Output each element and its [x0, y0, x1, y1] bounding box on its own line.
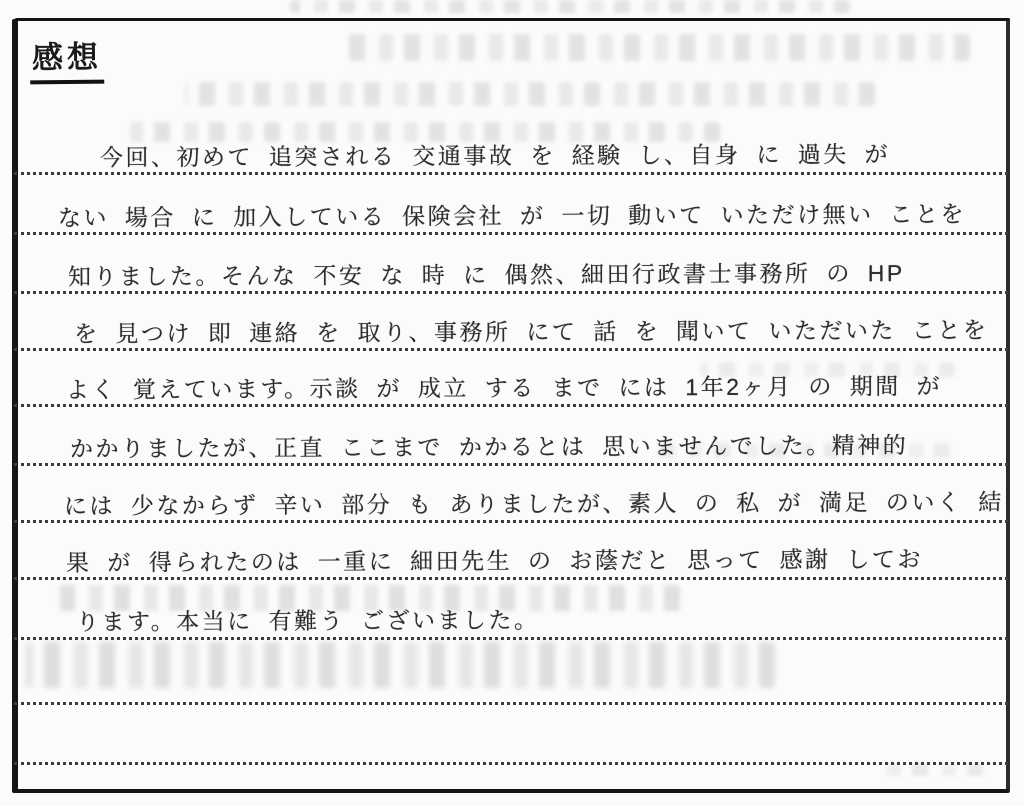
- handwritten-text: ない 場合 に 加入している 保険会社 が 一切 動いて いただけ無い ことを: [14, 196, 966, 234]
- handwritten-text: かかりましたが、正直 ここまで かかるとは 思いませんでした。精神的: [14, 427, 908, 465]
- handwritten-text: を 見つけ 即 連絡 を 取り、事務所 にて 話 を 聞いて いただいた ことを: [14, 312, 988, 350]
- scanned-feedback-page: 感想 今回、初めて 追突される 交通事故 を 経験 し、自身 に 過失 が ない…: [0, 0, 1024, 806]
- handwritten-line: [14, 714, 1008, 765]
- page-title: 感想: [30, 32, 105, 85]
- handwritten-text: 知りました。そんな 不安 な 時 に 偶然、細田行政書士事務所 の HP: [14, 255, 905, 293]
- handwritten-line: には 少なからず 辛い 部分 も ありましたが、素人 の 私 が 満足 のいく …: [14, 472, 1008, 523]
- handwritten-line: よく 覚えています。示談 が 成立 する まで には 1年2ヶ月 の 期間 が: [14, 356, 1008, 407]
- scan-border-bottom: [13, 789, 1009, 793]
- handwritten-line: 今回、初めて 追突される 交通事故 を 経験 し、自身 に 過失 が: [14, 124, 1008, 175]
- bleed-through-ghost: [185, 82, 875, 106]
- handwritten-text: には 少なからず 辛い 部分 も ありましたが、素人 の 私 が 満足 のいく …: [14, 484, 1004, 522]
- scan-border-top: [15, 18, 1010, 21]
- handwritten-line: 知りました。そんな 不安 な 時 に 偶然、細田行政書士事務所 の HP: [14, 243, 1008, 294]
- handwritten-line: かかりましたが、正直 ここまで かかるとは 思いませんでした。精神的: [14, 415, 1008, 466]
- handwritten-line: を 見つけ 即 連絡 を 取り、事務所 にて 話 を 聞いて いただいた ことを: [14, 300, 1008, 351]
- handwritten-text: 今回、初めて 追突される 交通事故 を 経験 し、自身 に 過失 が: [14, 136, 890, 174]
- handwritten-line: ない 場合 に 加入している 保険会社 が 一切 動いて いただけ無い ことを: [14, 184, 1008, 235]
- handwritten-line: [14, 654, 1008, 705]
- bleed-through-ghost: [340, 34, 970, 61]
- bleed-through-ghost: [878, 764, 983, 776]
- handwritten-text: よく 覚えています。示談 が 成立 する まで には 1年2ヶ月 の 期間 が: [14, 368, 942, 406]
- bleed-through-ghost: [290, 0, 850, 13]
- handwritten-line: ります。本当に 有難う ございました。: [14, 589, 1008, 640]
- handwritten-text: ります。本当に 有難う ございました。: [14, 602, 540, 638]
- handwritten-text: 果 が 得られたのは 一重に 細田先生 の お蔭だと 思って 感謝 してお: [14, 541, 923, 579]
- handwritten-line: 果 が 得られたのは 一重に 細田先生 の お蔭だと 思って 感謝 してお: [14, 529, 1008, 580]
